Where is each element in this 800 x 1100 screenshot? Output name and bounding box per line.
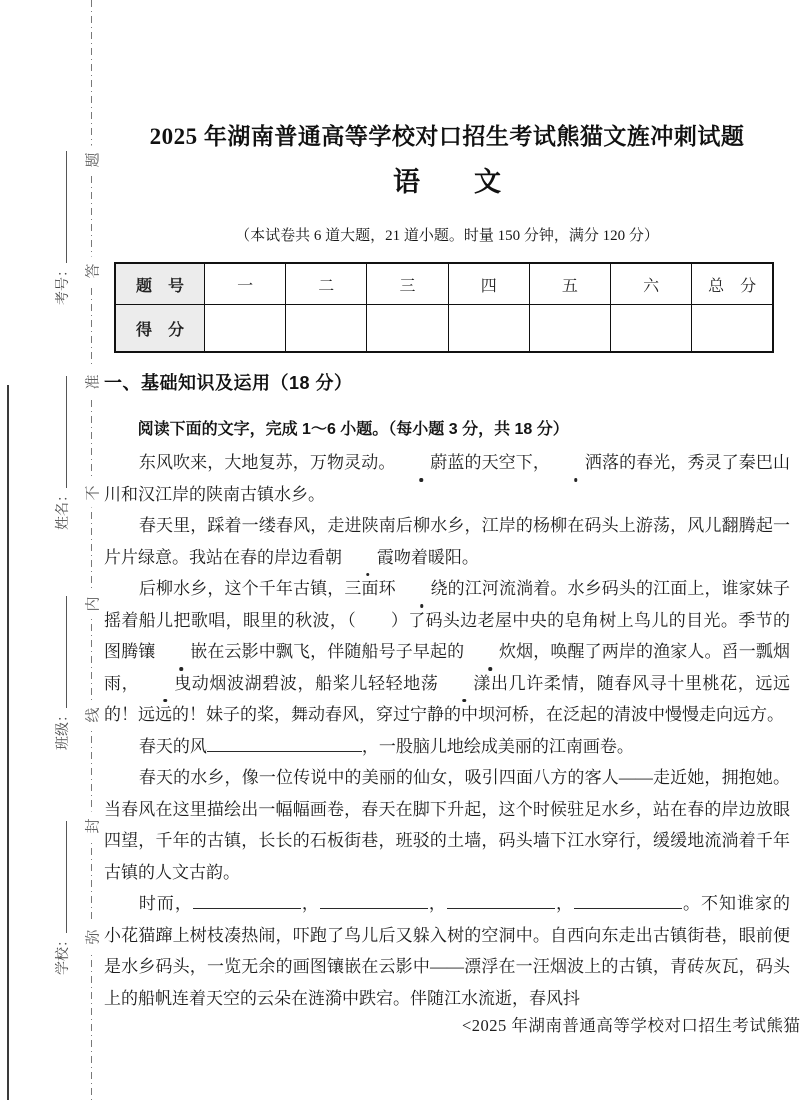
question-number-label: 题 号 [115, 263, 205, 305]
question-number-cell: 一 [205, 263, 286, 305]
question-number-cell: 五 [529, 263, 610, 305]
score-table: 题 号 一二三四五六总 分 得 分 [114, 262, 774, 353]
score-table-header-row: 题 号 一二三四五六总 分 [115, 263, 773, 305]
emphasized-char: 嵌 [155, 636, 207, 668]
score-cell [205, 305, 286, 353]
emphasized-char: 洒 [550, 447, 602, 479]
passage-paragraph: 后柳水乡，这个千年古镇，三面环绕的江河流淌着。水乡码头的江面上，谁家妹子摇着船儿… [104, 573, 790, 731]
seal-char: 准 [82, 367, 103, 396]
info-field: 考号： [50, 135, 74, 305]
exam-paper-page: 题答准不内线封弥 考号：姓名：班级：学校： 2025 年湖南普通高等学校对口招生… [0, 0, 800, 1100]
seal-char: 不 [82, 478, 103, 507]
seal-char: 弥 [82, 922, 103, 951]
passage-paragraph: 东风吹来，大地复苏，万物灵动。蔚蓝的天空下，洒落的春光，秀灵了秦巴山川和汉江岸的… [104, 447, 790, 510]
page-edge-line [7, 385, 9, 1100]
info-field-label: 姓名： [54, 488, 70, 530]
info-field: 班级： [50, 580, 74, 750]
passage-paragraph: 春天的风，一股脑儿地绘成美丽的江南画卷。 [104, 731, 790, 763]
info-field-blank-line [61, 151, 67, 263]
score-cell [692, 305, 773, 353]
content-column: 2025 年湖南普通高等学校对口招生考试熊猫文旌冲刺试题 语 文 （本试卷共 6… [104, 0, 790, 1014]
section-one-instruction: 阅读下面的文字，完成 1～6 小题。（每小题 3 分，共 18 分） [104, 419, 790, 441]
seal-char: 封 [82, 811, 103, 840]
emphasized-char: 炊 [464, 636, 516, 668]
footer-text: <2025 年湖南普通高等学校对口招生考试熊猫 [462, 1012, 800, 1036]
question-number-cell: 二 [286, 263, 367, 305]
fill-in-blank [320, 891, 428, 909]
score-cell [611, 305, 692, 353]
info-field-label: 考号： [54, 263, 70, 305]
section-one-heading: 一、基础知识及运用（18 分） [104, 371, 790, 395]
emphasized-char: 蔚 [395, 447, 447, 479]
emphasized-char: 绕 [396, 573, 448, 605]
score-table-score-row: 得 分 [115, 305, 773, 353]
score-label: 得 分 [115, 305, 205, 353]
emphasized-char: 漾 [439, 668, 491, 700]
emphasized-char: 曳 [139, 668, 191, 700]
info-field-blank-line [61, 596, 67, 708]
question-number-cell: 四 [448, 263, 529, 305]
paper-note: （本试卷共 6 道大题，21 道小题。时量 150 分钟，满分 120 分） [104, 226, 790, 246]
info-field: 学校： [50, 805, 74, 975]
seal-char: 内 [82, 589, 103, 618]
paper-title: 2025 年湖南普通高等学校对口招生考试熊猫文旌冲刺试题 [104, 122, 790, 152]
info-field-label: 学校： [54, 933, 70, 975]
question-number-cell: 总 分 [692, 263, 773, 305]
question-number-cell: 三 [367, 263, 448, 305]
info-field: 姓名： [50, 360, 74, 530]
passage-paragraph: 时而，，，，。不知谁家的小花猫蹿上树枝凑热闹，吓跑了鸟儿后又躲入树的空洞中。自西… [104, 888, 790, 1014]
emphasized-char: 霞 [342, 542, 394, 574]
seal-char: 答 [82, 256, 103, 285]
score-cell [529, 305, 610, 353]
passage-paragraph: 春天里，踩着一缕春风，走进陕南后柳水乡，江岸的杨柳在码头上游荡，风儿翻腾起一片片… [104, 510, 790, 573]
info-field-label: 班级： [54, 708, 70, 750]
fill-in-blank [447, 891, 555, 909]
subject-title: 语 文 [104, 164, 790, 200]
reading-passage: 东风吹来，大地复苏，万物灵动。蔚蓝的天空下，洒落的春光，秀灵了秦巴山川和汉江岸的… [104, 447, 790, 1014]
info-field-blank-line [61, 376, 67, 488]
score-cell [286, 305, 367, 353]
info-field-blank-line [61, 821, 67, 933]
question-number-cell: 六 [611, 263, 692, 305]
passage-paragraph: 春天的水乡，像一位传说中的美丽的仙女，吸引四面八方的客人——走近她，拥抱她。当春… [104, 762, 790, 888]
fill-in-blank [574, 891, 682, 909]
fill-in-blank [193, 891, 301, 909]
seal-char: 题 [82, 145, 103, 174]
score-cell [448, 305, 529, 353]
score-cell [367, 305, 448, 353]
seal-char: 线 [82, 700, 103, 729]
fill-in-blank [207, 734, 362, 752]
